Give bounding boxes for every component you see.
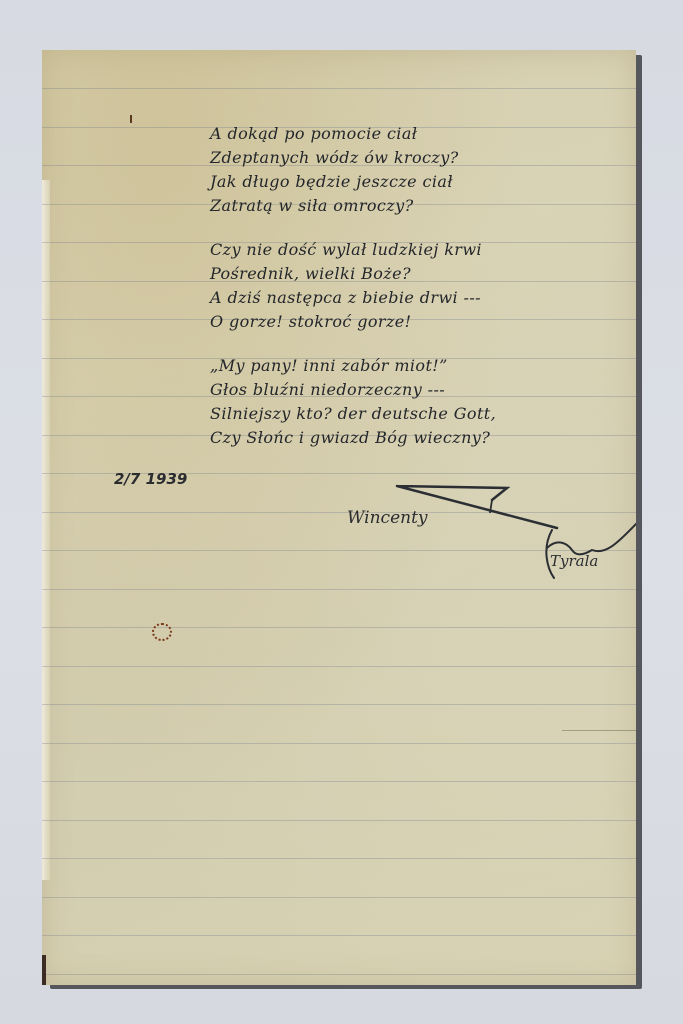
signature-flourish-icon: Tyrala	[382, 478, 636, 588]
rule-line	[42, 858, 636, 859]
poem-line: A dokąd po pomocie ciał	[210, 122, 550, 146]
rule-line	[42, 88, 636, 89]
stanza-1: A dokąd po pomocie ciał Zdeptanych wódz …	[210, 122, 550, 218]
rule-line	[42, 666, 636, 667]
signature-surname: Tyrala	[550, 552, 598, 570]
rule-line	[42, 781, 636, 782]
rule-line	[42, 743, 636, 744]
poem-line: Zdeptanych wódz ów kroczy?	[210, 146, 550, 170]
poem-line: Jak długo będzie jeszcze ciał	[210, 170, 550, 194]
corner-mark	[42, 955, 46, 985]
poem-line: Silniejszy kto? der deutsche Gott,	[210, 402, 550, 426]
paper-tear	[562, 730, 636, 735]
poem-line: Zatratą w siła omroczy?	[210, 194, 550, 218]
poem-line: Głos bluźni niedorzeczny ---	[210, 378, 550, 402]
rule-line	[42, 935, 636, 936]
poem-line: Czy nie dość wylał ludzkiej krwi	[210, 238, 550, 262]
poem-line: „My pany! inni zabór miot!”	[210, 354, 550, 378]
rule-line	[42, 589, 636, 590]
rule-line	[42, 974, 636, 975]
poem-line: Czy Słońc i gwiazd Bóg wieczny?	[210, 426, 550, 450]
poem-line: O gorze! stokroć gorze!	[210, 310, 550, 334]
poem-line: A dziś następca z biebie drwi ---	[210, 286, 550, 310]
stanza-3: „My pany! inni zabór miot!” Głos bluźni …	[210, 354, 550, 450]
rule-line	[42, 820, 636, 821]
rule-line	[42, 704, 636, 705]
rust-stain	[152, 623, 172, 641]
poem: A dokąd po pomocie ciał Zdeptanych wódz …	[210, 122, 550, 470]
poem-line: Pośrednik, wielki Boże?	[210, 262, 550, 286]
torn-left-edge	[42, 180, 50, 880]
date: 2/7 1939	[114, 470, 187, 488]
rule-line	[42, 897, 636, 898]
paper-sheet: A dokąd po pomocie ciał Zdeptanych wódz …	[42, 50, 636, 985]
stanza-2: Czy nie dość wylał ludzkiej krwi Pośredn…	[210, 238, 550, 334]
rule-line	[42, 627, 636, 628]
ink-mark	[130, 115, 132, 123]
